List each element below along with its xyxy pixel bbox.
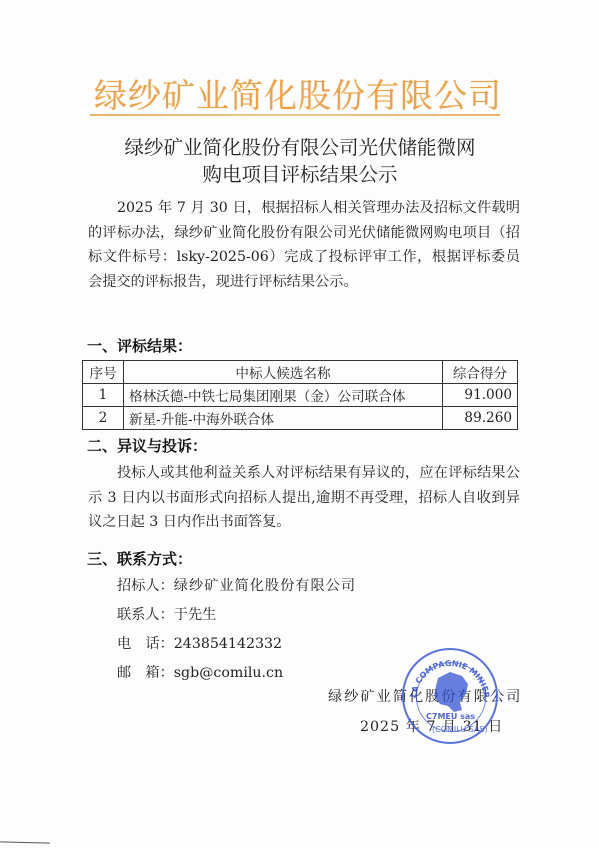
title-line-1: 绿纱矿业简化股份有限公司光伏储能微网 [70, 134, 530, 161]
contact-tenderer: 招标人：绿纱矿业简化股份有限公司 [117, 576, 356, 596]
contact-email: 邮 箱：sgb@comilu.cn [117, 663, 283, 683]
row-no: 2 [83, 407, 124, 430]
contact-phone: 电 话：243854142332 [117, 634, 282, 654]
table-header-row: 序号 中标人候选名称 综合得分 [83, 361, 518, 384]
stamp-mid-text: C7MEU sas [426, 712, 475, 721]
contact-value[interactable]: sgb@comilu.cn [174, 665, 283, 681]
section-3-heading: 三、联系方式： [87, 549, 192, 569]
row-no: 1 [83, 384, 124, 407]
document-page: 绿纱矿业简化股份有限公司 绿纱矿业简化股份有限公司光伏储能微网 购电项目评标结果… [0, 0, 599, 848]
letterhead-company-name: 绿纱矿业简化股份有限公司 [88, 78, 508, 114]
header-candidate-name: 中标人候选名称 [124, 361, 443, 384]
row-candidate-name: 新星-升能-中海外联合体 [124, 407, 443, 430]
objection-paragraph: 投标人或其他利益关系人对评标结果有异议的，应在评标结果公示 3 日内以书面形式向… [88, 461, 520, 535]
company-seal-stamp: LA COMPAGNIE MINIERE DE LUISHA SAS C7MEU… [402, 648, 498, 744]
contact-value: 243854142332 [174, 636, 282, 652]
header-score: 综合得分 [443, 361, 518, 384]
contact-label: 招标人： [117, 576, 174, 596]
contact-person: 联系人：于先生 [117, 605, 216, 625]
row-score: 89.260 [443, 407, 518, 430]
table-row: 2 新星-升能-中海外联合体 89.260 [83, 407, 518, 430]
row-score: 91.000 [443, 384, 518, 407]
section-1-heading: 一、评标结果： [87, 336, 192, 356]
title-line-2: 购电项目评标结果公示 [70, 161, 530, 188]
contact-value: 于先生 [174, 607, 217, 623]
letterhead-divider [90, 114, 500, 116]
stamp-bottom-text: (COMILU SAS) [432, 725, 488, 734]
intro-paragraph: 2025 年 7 月 30 日，根据招标人相关管理办法及招标文件载明的评标办法，… [88, 196, 520, 294]
contact-label: 电 话： [117, 634, 174, 654]
results-table: 序号 中标人候选名称 综合得分 1 格林沃德-中铁七局集团刚果（金）公司联合体 … [82, 360, 518, 430]
contact-label: 联系人： [117, 605, 174, 625]
scan-artifact-line [0, 841, 50, 843]
section-2-heading: 二、异议与投诉： [87, 436, 207, 456]
header-no: 序号 [83, 361, 124, 384]
contact-label: 邮 箱： [117, 663, 174, 683]
contact-value: 绿纱矿业简化股份有限公司 [174, 578, 356, 594]
row-candidate-name: 格林沃德-中铁七局集团刚果（金）公司联合体 [124, 384, 443, 407]
document-title: 绿纱矿业简化股份有限公司光伏储能微网 购电项目评标结果公示 [70, 134, 530, 188]
table-row: 1 格林沃德-中铁七局集团刚果（金）公司联合体 91.000 [83, 384, 518, 407]
